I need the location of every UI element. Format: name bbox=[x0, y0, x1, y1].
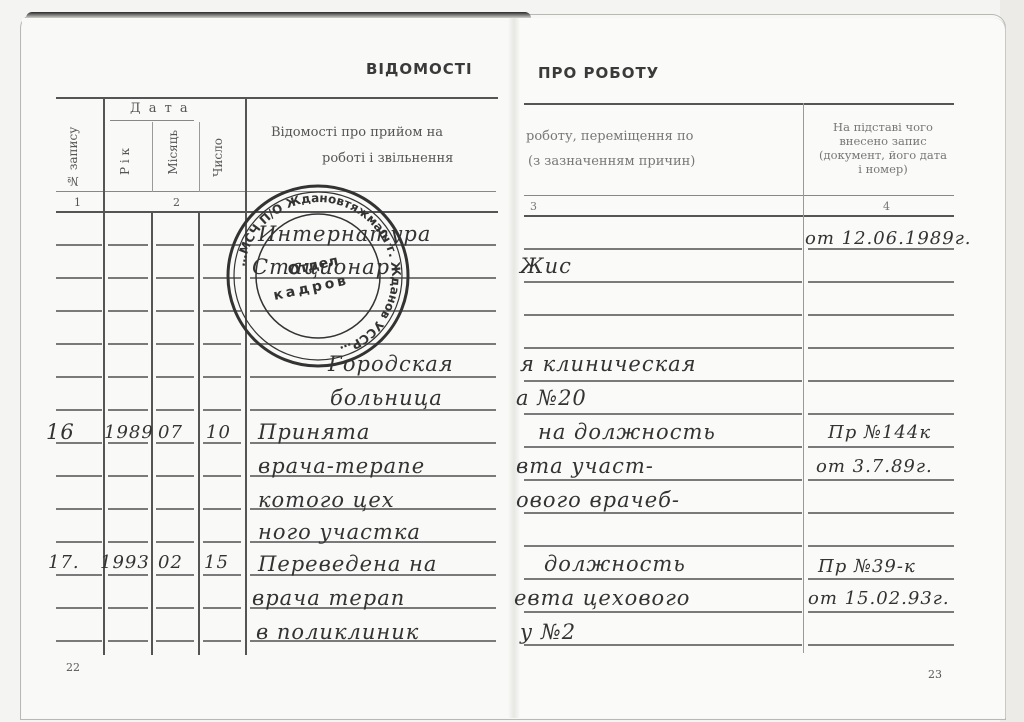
row-rule bbox=[108, 376, 148, 378]
handwriting-signature: Жис bbox=[520, 254, 572, 278]
row-rule bbox=[524, 413, 802, 415]
row-rule bbox=[808, 512, 954, 514]
book-spine bbox=[508, 18, 520, 718]
row-rule bbox=[808, 644, 954, 646]
row-rule bbox=[56, 376, 102, 378]
column-number-3: 3 bbox=[530, 200, 537, 213]
row-rule bbox=[56, 310, 102, 312]
row-rule bbox=[56, 574, 102, 576]
year-16: 1989 bbox=[104, 422, 154, 443]
day-16: 10 bbox=[206, 422, 231, 443]
row-rule bbox=[203, 376, 241, 378]
row-rule bbox=[108, 508, 148, 510]
row-rule bbox=[156, 541, 194, 543]
header-day: Число bbox=[211, 138, 225, 177]
header-info-right-line2: (з зазначенням причин) bbox=[528, 153, 695, 170]
row-rule bbox=[108, 475, 148, 477]
handwriting-city: Городская bbox=[328, 352, 454, 376]
row-rule bbox=[156, 343, 194, 345]
entry17-right-line3: у №2 bbox=[520, 620, 576, 644]
row-rule bbox=[524, 347, 802, 349]
row-rule bbox=[156, 607, 194, 609]
row-rule bbox=[156, 244, 194, 246]
entry16-right-line3: ового врачеб- bbox=[516, 488, 680, 512]
page-title-left: ВІДОМОСТІ bbox=[366, 60, 473, 78]
row-rule bbox=[156, 475, 194, 477]
entry17-basis-line1: Пр №39-к bbox=[818, 556, 916, 577]
row-rule bbox=[108, 310, 148, 312]
entry16-left-line4: ного участка bbox=[258, 520, 421, 544]
row-rule bbox=[108, 244, 148, 246]
header-basis-line2: внесено запис bbox=[808, 134, 958, 148]
row-rule bbox=[108, 541, 148, 543]
row-rule bbox=[108, 277, 148, 279]
table-top-rule-left bbox=[56, 97, 498, 99]
row-rule bbox=[524, 578, 802, 580]
header-info-right-line1: роботу, переміщення по bbox=[526, 128, 693, 145]
column-divider bbox=[199, 122, 200, 192]
row-rule bbox=[108, 607, 148, 609]
row-rule bbox=[56, 343, 102, 345]
row-rule bbox=[156, 376, 194, 378]
table-top-rule-right bbox=[524, 103, 954, 105]
row-rule bbox=[156, 277, 194, 279]
row-rule bbox=[56, 244, 102, 246]
row-rule bbox=[808, 479, 954, 481]
header-date-group: Д а т а bbox=[130, 100, 190, 117]
entry17-right-line2: евта цехового bbox=[514, 586, 690, 610]
handwriting-hospital-no: а №20 bbox=[516, 386, 587, 410]
entry16-left-line3: котого цех bbox=[258, 488, 395, 512]
header-bottom-rule-right bbox=[524, 215, 954, 217]
row-rule bbox=[524, 545, 802, 547]
row-rule bbox=[203, 640, 241, 642]
row-rule bbox=[203, 607, 241, 609]
entry17-left-line2: врача терап bbox=[252, 586, 405, 610]
row-rule bbox=[524, 248, 802, 250]
row-rule bbox=[56, 640, 102, 642]
row-rule bbox=[56, 475, 102, 477]
column-divider bbox=[198, 213, 200, 655]
row-rule bbox=[250, 376, 496, 378]
column-number-4: 4 bbox=[883, 200, 890, 213]
row-rule bbox=[808, 281, 954, 283]
row-rule bbox=[203, 508, 241, 510]
page-number-left: 22 bbox=[66, 661, 80, 674]
row-rule bbox=[524, 512, 802, 514]
date-group-rule bbox=[110, 120, 194, 121]
row-rule bbox=[108, 574, 148, 576]
entry16-basis-line2: от 3.7.89г. bbox=[816, 456, 933, 477]
year-17: 1993 bbox=[100, 552, 150, 573]
row-rule bbox=[524, 644, 802, 646]
entry16-right-line2: вта участ- bbox=[516, 454, 654, 478]
column-number-2: 2 bbox=[173, 196, 180, 209]
row-rule bbox=[808, 446, 954, 448]
row-rule bbox=[56, 607, 102, 609]
record-no-17: 17. bbox=[48, 552, 80, 573]
entry16-right-line1: на должность bbox=[538, 420, 716, 444]
row-rule bbox=[56, 508, 102, 510]
row-rule bbox=[156, 508, 194, 510]
row-rule bbox=[203, 409, 241, 411]
header-basis-line1: На підставі чого bbox=[808, 120, 958, 134]
entry17-basis-line2: от 15.02.93г. bbox=[808, 588, 950, 609]
row-rule bbox=[808, 413, 954, 415]
month-17: 02 bbox=[158, 552, 183, 573]
row-rule bbox=[524, 281, 802, 283]
row-rule bbox=[808, 314, 954, 316]
row-rule bbox=[808, 380, 954, 382]
row-rule bbox=[524, 380, 802, 382]
day-17: 15 bbox=[204, 552, 229, 573]
row-rule bbox=[156, 574, 194, 576]
row-rule bbox=[56, 409, 102, 411]
header-basis-line4: і номер) bbox=[808, 162, 958, 176]
header-year: Р і к bbox=[118, 148, 132, 175]
row-rule bbox=[108, 640, 148, 642]
page-title-right: ПРО РОБОТУ bbox=[538, 64, 659, 82]
row-rule bbox=[524, 479, 802, 481]
row-rule bbox=[203, 574, 241, 576]
column-divider bbox=[803, 103, 804, 653]
entry16-basis-line1: Пр №144к bbox=[828, 422, 931, 443]
row-rule bbox=[203, 475, 241, 477]
row-rule bbox=[156, 409, 194, 411]
row-rule bbox=[808, 347, 954, 349]
record-no-16: 16 bbox=[46, 420, 75, 444]
row-rule bbox=[56, 277, 102, 279]
header-record-no: № запису bbox=[66, 118, 80, 188]
row-rule bbox=[108, 409, 148, 411]
row-rule bbox=[56, 541, 102, 543]
entry17-right-line1: должность bbox=[544, 552, 686, 576]
page-number-right: 23 bbox=[928, 668, 942, 681]
row-rule bbox=[524, 446, 802, 448]
month-16: 07 bbox=[158, 422, 183, 443]
header-info-left-line1: Відомості про прийом на bbox=[271, 124, 443, 141]
handwriting-stationary: Стационар bbox=[252, 255, 390, 279]
row-rule bbox=[524, 611, 802, 613]
entry16-left-line2: врача-терапе bbox=[258, 454, 425, 478]
handwriting-internship: Интернатура bbox=[258, 222, 431, 246]
handwriting-clinical: я клиническая bbox=[520, 352, 697, 376]
header-sub-rule-right bbox=[524, 195, 954, 196]
row-rule bbox=[156, 310, 194, 312]
row-rule bbox=[808, 578, 954, 580]
entry17-left-line3: в поликлиник bbox=[256, 620, 419, 644]
column-divider bbox=[152, 122, 153, 192]
entry16-left-line1: Принята bbox=[258, 420, 370, 444]
header-month: Місяць bbox=[166, 130, 180, 175]
basis-date-1: от 12.06.1989г. bbox=[805, 228, 972, 249]
header-basis: На підставі чого внесено запис (документ… bbox=[808, 120, 958, 176]
column-number-1: 1 bbox=[74, 196, 81, 209]
row-rule bbox=[808, 545, 954, 547]
header-basis-line3: (документ, його дата bbox=[808, 148, 958, 162]
row-rule bbox=[156, 640, 194, 642]
row-rule bbox=[203, 541, 241, 543]
row-rule bbox=[108, 343, 148, 345]
row-rule bbox=[524, 314, 802, 316]
entry17-left-line1: Переведена на bbox=[258, 552, 437, 576]
handwriting-hospital: больница bbox=[330, 386, 443, 410]
row-rule bbox=[808, 611, 954, 613]
header-info-left-line2: роботі і звільнення bbox=[322, 150, 453, 167]
